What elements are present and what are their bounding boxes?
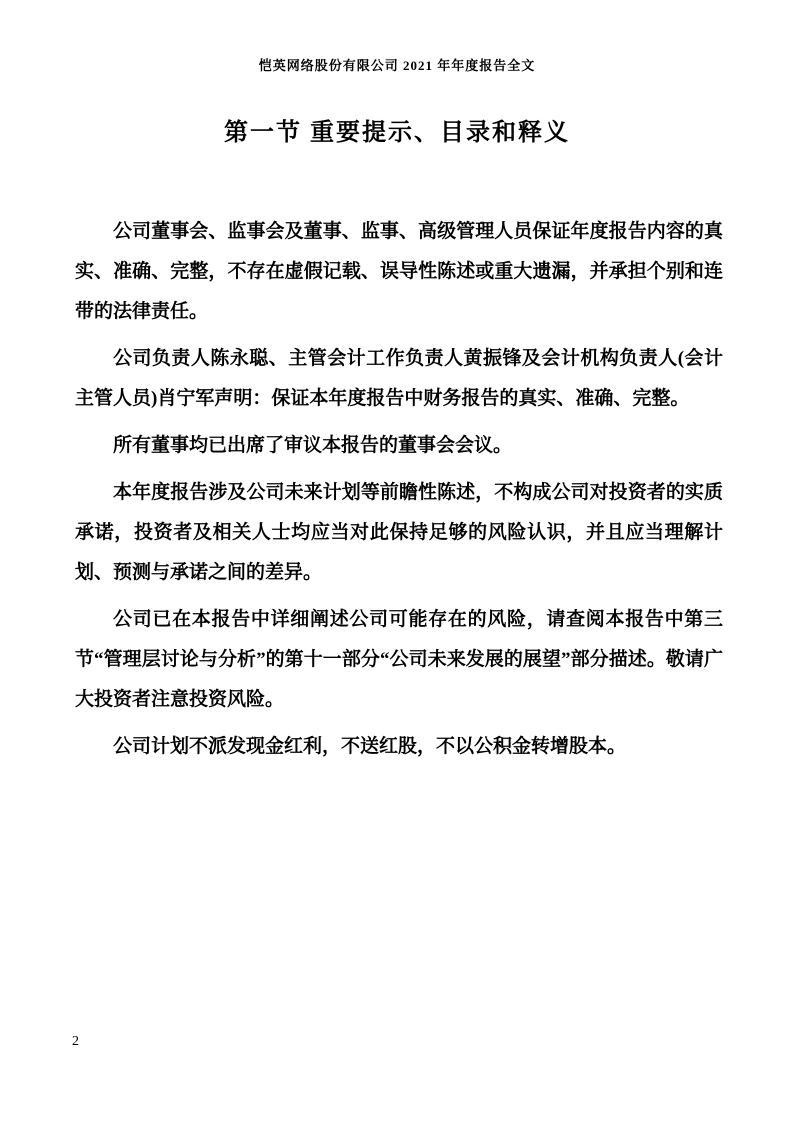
paragraph-forward-looking: 本年度报告涉及公司未来计划等前瞻性陈述，不构成公司对投资者的实质承诺，投资者及相… <box>75 473 723 593</box>
paragraph-responsible-persons: 公司负责人陈永聪、主管会计工作负责人黄振锋及会计机构负责人(会计主管人员)肖宁军… <box>75 339 723 419</box>
document-body: 公司董事会、监事会及董事、监事、高级管理人员保证年度报告内容的真实、准确、完整，… <box>75 212 723 774</box>
paragraph-dividend-plan: 公司计划不派发现金红利，不送红股，不以公积金转增股本。 <box>75 727 723 767</box>
paragraph-directors-attendance: 所有董事均已出席了审议本报告的董事会会议。 <box>75 426 723 466</box>
document-header: 恺英网络股份有限公司 2021 年年度报告全文 <box>0 55 794 74</box>
document-page: 恺英网络股份有限公司 2021 年年度报告全文 第一节 重要提示、目录和释义 公… <box>0 0 794 1123</box>
paragraph-board-guarantee: 公司董事会、监事会及董事、监事、高级管理人员保证年度报告内容的真实、准确、完整，… <box>75 212 723 332</box>
paragraph-risk-description: 公司已在本报告中详细阐述公司可能存在的风险，请查阅本报告中第三节“管理层讨论与分… <box>75 600 723 720</box>
page-number: 2 <box>72 1034 79 1050</box>
section-title: 第一节 重要提示、目录和释义 <box>0 112 794 147</box>
